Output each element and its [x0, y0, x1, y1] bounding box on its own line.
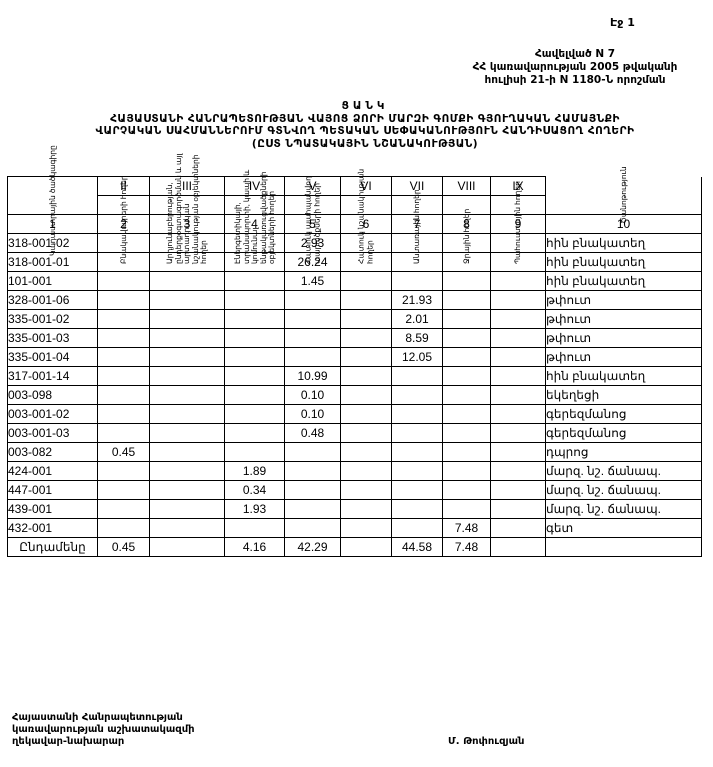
area-cell	[443, 272, 491, 291]
area-cell	[98, 462, 150, 481]
header-cell-6: Հատուկ նշանակության հողեր	[341, 196, 392, 215]
area-cell	[392, 386, 443, 405]
page-number: Էջ 1	[610, 16, 635, 29]
area-cell: 1.93	[225, 500, 285, 519]
area-cell	[285, 291, 341, 310]
area-cell	[491, 443, 546, 462]
area-cell	[443, 462, 491, 481]
area-cell	[98, 481, 150, 500]
area-cell	[150, 405, 225, 424]
area-cell	[341, 329, 392, 348]
area-cell: 0.10	[285, 405, 341, 424]
area-cell	[285, 310, 341, 329]
header-text: Հատուկ պահպանվող տարածքների հողեր	[304, 146, 321, 264]
area-cell	[443, 424, 491, 443]
cadastral-code: 335-001-04	[8, 348, 98, 367]
area-cell	[443, 386, 491, 405]
area-cell	[443, 310, 491, 329]
header-text: Ջրային հողեր	[462, 146, 471, 264]
note-cell: գերեզմանոց	[546, 424, 702, 443]
table-row: 328-001-0621.93թփուտ	[8, 291, 702, 310]
cadastral-code: 003-001-03	[8, 424, 98, 443]
area-cell	[491, 481, 546, 500]
note-cell: եկեղեցի	[546, 386, 702, 405]
signatory-title: Հայաստանի Հանրապետության կառավարության ա…	[12, 712, 195, 748]
roman-header-row: Կադաստրային ծածկագիրը II III IV V VI VII…	[8, 177, 702, 196]
area-cell	[225, 329, 285, 348]
area-cell	[491, 386, 546, 405]
note-cell: հին բնակատեղ	[546, 272, 702, 291]
header-text: Բնակավայրերի հողեր	[119, 146, 128, 264]
area-cell	[150, 329, 225, 348]
area-cell	[285, 481, 341, 500]
column-number-row: 1 2 3 4 5 6 7 8 9 10	[8, 215, 702, 234]
area-cell	[150, 462, 225, 481]
annex-line-1: Հավելված N 7	[455, 48, 695, 61]
area-cell: 0.10	[285, 386, 341, 405]
area-cell: 12.05	[392, 348, 443, 367]
area-cell	[341, 538, 392, 557]
area-cell	[98, 367, 150, 386]
note-cell: հին բնակատեղ	[546, 253, 702, 272]
note-cell: թփուտ	[546, 310, 702, 329]
area-cell	[392, 367, 443, 386]
area-cell	[443, 348, 491, 367]
note-cell: թփուտ	[546, 291, 702, 310]
area-cell	[392, 443, 443, 462]
area-cell	[285, 443, 341, 462]
area-cell: 7.48	[443, 519, 491, 538]
area-cell	[341, 348, 392, 367]
area-cell	[341, 424, 392, 443]
area-cell	[285, 519, 341, 538]
area-cell	[341, 405, 392, 424]
header-cell-10: Ծանոթություն	[546, 177, 702, 215]
area-cell	[443, 481, 491, 500]
area-cell	[225, 348, 285, 367]
area-cell	[341, 443, 392, 462]
area-cell	[150, 538, 225, 557]
area-cell	[491, 348, 546, 367]
area-cell	[392, 462, 443, 481]
area-cell	[341, 310, 392, 329]
note-cell: գերեզմանոց	[546, 405, 702, 424]
header-text: Կադաստրային ծածկագիրը	[48, 136, 57, 256]
note-cell: հին բնակատեղ	[546, 367, 702, 386]
total-row: Ընդամենը0.454.1642.2944.587.48	[8, 538, 702, 557]
header-cell-4: Էներգետիկայի, տրանսպորտի, կապի և կոմունա…	[225, 196, 285, 215]
area-cell	[341, 462, 392, 481]
area-cell	[491, 500, 546, 519]
area-cell	[491, 424, 546, 443]
area-cell: 0.48	[285, 424, 341, 443]
area-cell	[341, 386, 392, 405]
area-cell: 10.99	[285, 367, 341, 386]
note-cell: դպրոց	[546, 443, 702, 462]
annex-reference: Հավելված N 7 ՀՀ կառավարության 2005 թվակա…	[455, 48, 695, 87]
cadastral-code: 317-001-14	[8, 367, 98, 386]
area-cell	[341, 519, 392, 538]
area-cell	[150, 272, 225, 291]
table-row: 101-0011.45հին բնակատեղ	[8, 272, 702, 291]
cadastral-code: 335-001-03	[8, 329, 98, 348]
header-cell-7: Անտառային հողեր	[392, 196, 443, 215]
area-cell	[491, 272, 546, 291]
note-cell: մարզ. նշ. ճանապ.	[546, 500, 702, 519]
title-line-2: ՎԱՐՉԱԿԱՆ ՍԱՀՄԱՆՆԵՐՈՒՄ ԳՏՆՎՈՂ ՊԵՏԱԿԱՆ ՍԵՓ…	[40, 125, 690, 138]
footer-line-3: ղեկավար-նախարար	[12, 736, 195, 748]
cadastral-code: 101-001	[8, 272, 98, 291]
area-cell	[98, 310, 150, 329]
cadastral-code: 432-001	[8, 519, 98, 538]
header-text: Հատուկ նշանակության հողեր	[358, 146, 375, 264]
area-cell: 1.45	[285, 272, 341, 291]
area-cell: 0.45	[98, 443, 150, 462]
area-cell	[443, 291, 491, 310]
area-cell	[98, 500, 150, 519]
area-cell	[491, 367, 546, 386]
note-cell: մարզ. նշ. ճանապ.	[546, 462, 702, 481]
cadastral-code: 003-098	[8, 386, 98, 405]
area-cell	[392, 500, 443, 519]
area-cell: 42.29	[285, 538, 341, 557]
header-cell-8: Ջրային հողեր	[443, 196, 491, 215]
cadastral-code: 447-001	[8, 481, 98, 500]
area-cell	[150, 310, 225, 329]
header-cell-3: Արդյունաբերության, ընդերքօգտագործման և ա…	[150, 196, 225, 215]
area-cell	[443, 500, 491, 519]
area-cell	[392, 405, 443, 424]
area-cell	[225, 272, 285, 291]
area-cell	[225, 291, 285, 310]
document-title: ՑԱՆԿ ՀԱՅԱՍՏԱՆԻ ՀԱՆՐԱՊԵՏՈՒԹՅԱՆ ՎԱՅՈՑ ՁՈՐԻ…	[40, 100, 690, 150]
area-cell	[150, 519, 225, 538]
annex-line-3: հուլիսի 21-ի N 1180-Ն որոշման	[455, 74, 695, 87]
cadastral-code: 003-082	[8, 443, 98, 462]
area-cell	[392, 424, 443, 443]
header-text: Էներգետիկայի, տրանսպորտի, կապի և կոմունա…	[233, 146, 276, 264]
header-cell-1: Կադաստրային ծածկագիրը	[8, 177, 98, 215]
area-cell	[98, 348, 150, 367]
area-cell	[150, 424, 225, 443]
header-text: Ծանոթություն	[619, 145, 628, 245]
header-text: Անտառային հողեր	[413, 146, 422, 264]
note-cell: թփուտ	[546, 329, 702, 348]
area-cell	[443, 367, 491, 386]
area-cell	[341, 481, 392, 500]
area-cell	[341, 291, 392, 310]
cadastral-code: 335-001-02	[8, 310, 98, 329]
area-cell: 2.01	[392, 310, 443, 329]
area-cell	[341, 272, 392, 291]
area-cell	[285, 462, 341, 481]
table-row: 003-0980.10եկեղեցի	[8, 386, 702, 405]
area-cell	[491, 291, 546, 310]
area-cell	[285, 329, 341, 348]
cadastral-code: 439-001	[8, 500, 98, 519]
area-cell	[392, 519, 443, 538]
table-row: 439-0011.93մարզ. նշ. ճանապ.	[8, 500, 702, 519]
area-cell	[98, 424, 150, 443]
area-cell	[443, 329, 491, 348]
area-cell	[443, 443, 491, 462]
total-label: Ընդամենը	[8, 538, 98, 557]
cadastral-code: 328-001-06	[8, 291, 98, 310]
area-cell: 44.58	[392, 538, 443, 557]
area-cell	[491, 329, 546, 348]
header-text: Արդյունաբերության, ընդերքօգտագործման և ա…	[166, 146, 209, 264]
area-cell	[491, 310, 546, 329]
header-cell-5: Հատուկ պահպանվող տարածքների հողեր	[285, 196, 341, 215]
table-row: 447-0010.34մարզ. նշ. ճանապ.	[8, 481, 702, 500]
signatory-name: Մ. Թոփուզյան	[448, 736, 524, 747]
table-row: 335-001-022.01թփուտ	[8, 310, 702, 329]
annex-line-2: ՀՀ կառավարության 2005 թվականի	[455, 61, 695, 74]
title-line-1: ՀԱՅԱՍՏԱՆԻ ՀԱՆՐԱՊԵՏՈՒԹՅԱՆ ՎԱՅՈՑ ՁՈՐԻ ՄԱՐԶ…	[40, 113, 690, 126]
area-cell	[392, 272, 443, 291]
area-cell	[150, 348, 225, 367]
area-cell: 1.89	[225, 462, 285, 481]
area-cell: 21.93	[392, 291, 443, 310]
area-cell: 8.59	[392, 329, 443, 348]
cadastral-code: 003-001-02	[8, 405, 98, 424]
note-cell: մարզ. նշ. ճանապ.	[546, 481, 702, 500]
area-cell: 0.34	[225, 481, 285, 500]
area-cell	[225, 367, 285, 386]
footer-line-1: Հայաստանի Հանրապետության	[12, 712, 195, 724]
area-cell	[150, 291, 225, 310]
area-cell	[491, 519, 546, 538]
area-cell	[285, 500, 341, 519]
note-cell: գետ	[546, 519, 702, 538]
area-cell	[341, 367, 392, 386]
title-line-0: ՑԱՆԿ	[40, 100, 690, 113]
cadastral-code: 424-001	[8, 462, 98, 481]
area-cell	[225, 310, 285, 329]
table-row: 335-001-0412.05թփուտ	[8, 348, 702, 367]
header-text: Պահուստային հողեր	[514, 146, 523, 264]
table-row: 335-001-038.59թփուտ	[8, 329, 702, 348]
note-cell	[546, 538, 702, 557]
area-cell	[98, 329, 150, 348]
land-table: Կադաստրային ծածկագիրը II III IV V VI VII…	[7, 176, 702, 557]
area-cell	[285, 348, 341, 367]
header-cell-2: Բնակավայրերի հողեր	[98, 196, 150, 215]
table-row: 432-0017.48գետ	[8, 519, 702, 538]
table-row: 003-001-020.10գերեզմանոց	[8, 405, 702, 424]
area-cell	[491, 462, 546, 481]
area-cell	[225, 424, 285, 443]
area-cell: 0.45	[98, 538, 150, 557]
area-cell	[225, 386, 285, 405]
area-cell	[98, 405, 150, 424]
area-cell	[150, 367, 225, 386]
table-row: 317-001-1410.99հին բնակատեղ	[8, 367, 702, 386]
area-cell	[341, 500, 392, 519]
area-cell	[150, 500, 225, 519]
area-cell	[98, 386, 150, 405]
area-cell	[443, 405, 491, 424]
area-cell	[392, 481, 443, 500]
footer-line-2: կառավարության աշխատակազմի	[12, 724, 195, 736]
area-cell	[98, 272, 150, 291]
area-cell	[225, 443, 285, 462]
area-cell	[491, 538, 546, 557]
area-cell: 7.48	[443, 538, 491, 557]
area-cell	[150, 386, 225, 405]
area-cell	[150, 443, 225, 462]
header-cell-9: Պահուստային հողեր	[491, 196, 546, 215]
table-row: 424-0011.89մարզ. նշ. ճանապ.	[8, 462, 702, 481]
area-cell	[98, 519, 150, 538]
table-row: 318-001-0126.24հին բնակատեղ	[8, 253, 702, 272]
area-cell	[491, 405, 546, 424]
area-cell	[225, 405, 285, 424]
area-cell	[150, 481, 225, 500]
table-row: 003-001-030.48գերեզմանոց	[8, 424, 702, 443]
area-cell	[98, 291, 150, 310]
area-cell: 4.16	[225, 538, 285, 557]
table-row: 318-001-022.93հին բնակատեղ	[8, 234, 702, 253]
note-cell: թփուտ	[546, 348, 702, 367]
area-cell	[225, 519, 285, 538]
table-row: 003-0820.45դպրոց	[8, 443, 702, 462]
